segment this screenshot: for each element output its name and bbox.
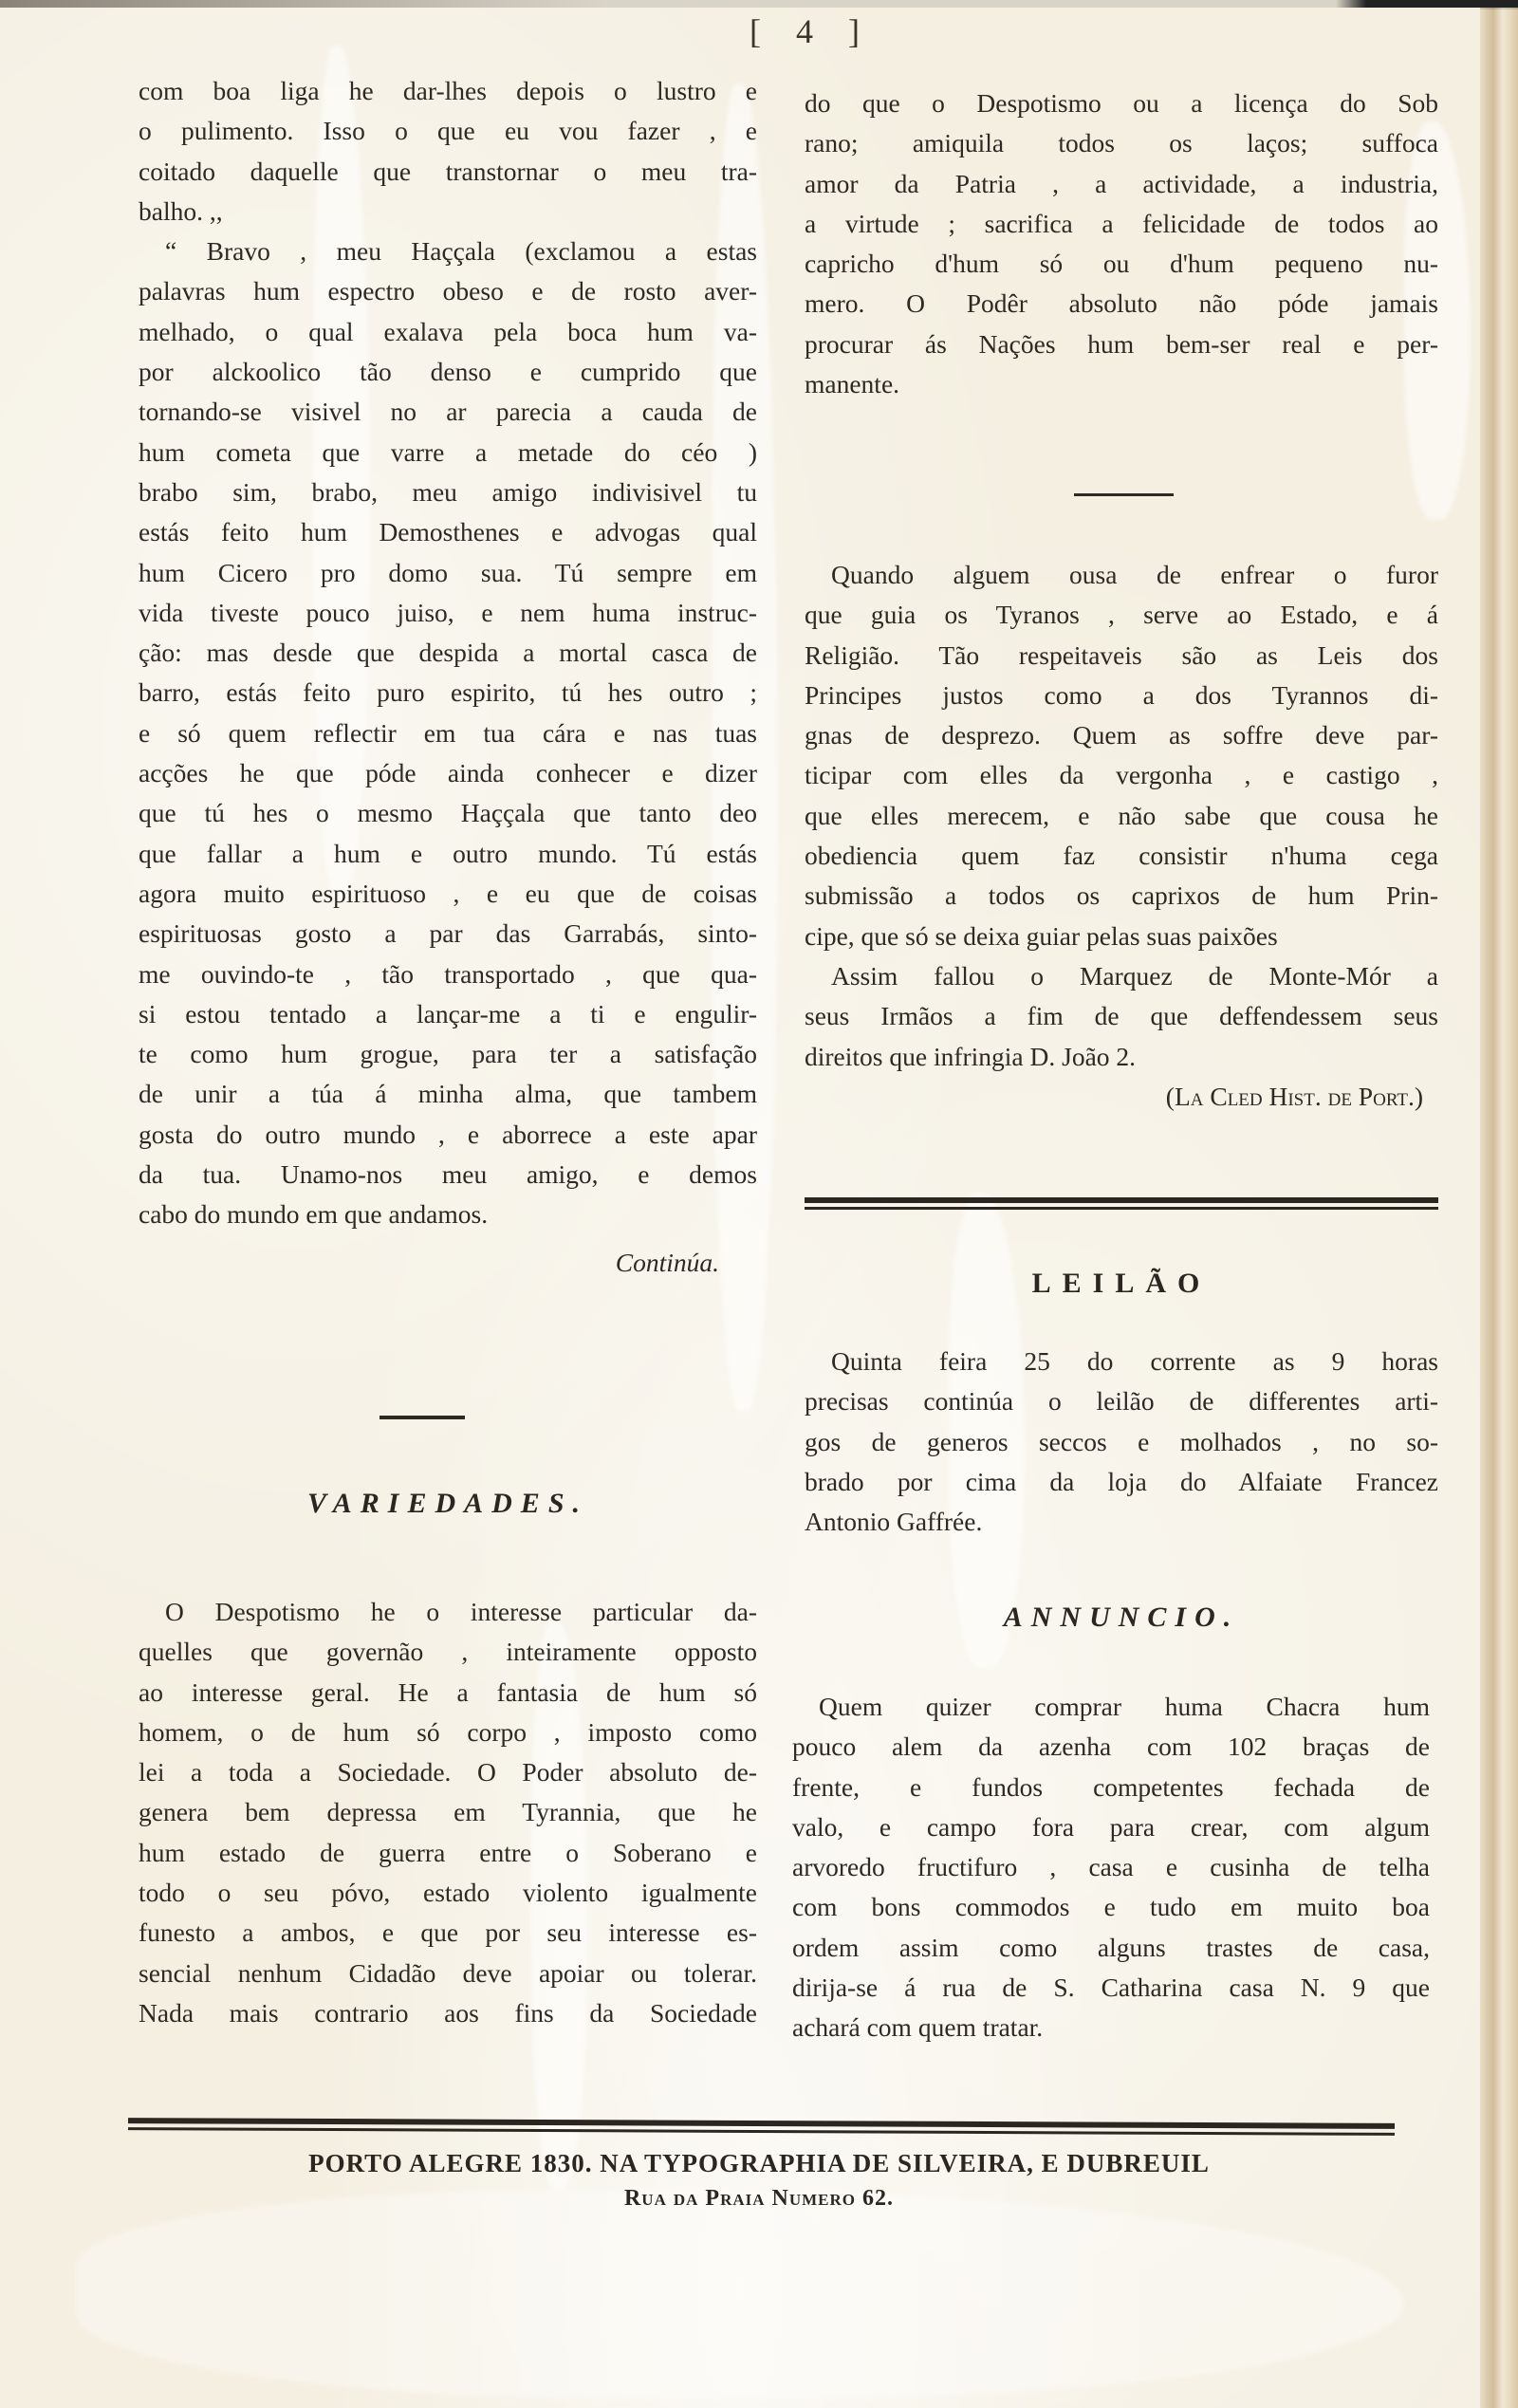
- text-line: dirija-se á rua de S. Catharina casa N. …: [792, 1968, 1430, 2008]
- annuncio-title-block: ANNUNCIO.: [805, 1602, 1438, 1634]
- paper-damage: [76, 2190, 1404, 2399]
- text-line: direitos que infringia D. João 2.: [805, 1037, 1438, 1077]
- text-line: Religião. Tão respeitaveis são as Leis d…: [805, 636, 1438, 676]
- text-line: coitado daquelle que transtornar o meu t…: [139, 152, 757, 192]
- text-line: frente, e fundos competentes fechada de: [792, 1768, 1430, 1807]
- text-line: amor da Patria , a actividade, a industr…: [805, 164, 1438, 204]
- section-divider: [1074, 493, 1174, 496]
- leilao-title-block: LEILÃO: [805, 1268, 1438, 1300]
- text-line: mero. O Podêr absoluto não póde jamais: [805, 284, 1438, 324]
- text-line: submissão a todos os caprixos de hum Pri…: [805, 876, 1438, 916]
- text-line: ao interesse geral. He a fantasia de hum…: [139, 1673, 757, 1713]
- variedades-article: O Despotismo he o interesse particular d…: [139, 1592, 757, 2033]
- text-line: a virtude ; sacrifica a felicidade de to…: [805, 204, 1438, 244]
- text-line: Assim fallou o Marquez de Monte-Mór a: [805, 956, 1438, 996]
- leilao-notice: Quinta feira 25 do corrente as 9 horas p…: [805, 1342, 1438, 1542]
- text-line: ção: mas desde que despida a mortal casc…: [139, 633, 757, 673]
- section-title-leilao: LEILÃO: [805, 1268, 1438, 1300]
- text-line: homem, o de hum só corpo , imposto como: [139, 1713, 757, 1752]
- text-line: ticipar com elles da vergonha , e castig…: [805, 755, 1438, 795]
- text-line: do que o Despotismo ou a licença do Sob: [805, 83, 1438, 123]
- annuncio-notice: Quem quizer comprar huma Chacra hum pouc…: [792, 1687, 1430, 2048]
- text-line: estás feito hum Demosthenes e advogas qu…: [139, 512, 757, 552]
- text-line: hum estado de guerra entre o Soberano e: [139, 1833, 757, 1873]
- text-line: melhado, o qual exalava pela boca hum va…: [139, 312, 757, 352]
- text-line: espirituosas gosto a par das Garrabás, s…: [139, 914, 757, 954]
- text-line: Quinta feira 25 do corrente as 9 horas: [805, 1342, 1438, 1381]
- text-line: brabo sim, brabo, meu amigo indivisivel …: [139, 472, 757, 512]
- text-line: te como hum grogue, para ter a satisfaçã…: [139, 1034, 757, 1074]
- text-line: Quando alguem ousa de enfrear o furor: [805, 555, 1438, 595]
- attribution: (La Cled Hist. de Port.): [805, 1077, 1438, 1117]
- text-line: achará com quem tratar.: [792, 2008, 1430, 2047]
- imprint-address: Rua da Praia Numero 62.: [123, 2186, 1395, 2212]
- text-line: Nada mais contrario aos fins da Sociedad…: [139, 1993, 757, 2033]
- text-line: obediencia quem faz consistir n'huma ceg…: [805, 836, 1438, 876]
- text-line: O Despotismo he o interesse particular d…: [139, 1592, 757, 1632]
- text-line: Antonio Gaffrée.: [805, 1502, 1438, 1542]
- text-line: hum Cicero pro domo sua. Tú sempre em: [139, 553, 757, 593]
- double-rule-divider: [805, 1197, 1438, 1211]
- imprint-line: PORTO ALEGRE 1830. NA TYPOGRAPHIA DE SIL…: [123, 2149, 1395, 2178]
- text-line: cipe, que só se deixa guiar pelas suas p…: [805, 917, 1438, 956]
- text-line: pouco alem da azenha com 102 braças de: [792, 1727, 1430, 1767]
- continued-story: com boa liga he dar-lhes depois o lustro…: [139, 71, 757, 1283]
- text-line: com boa liga he dar-lhes depois o lustro…: [139, 71, 757, 111]
- stained-page-edge: [1480, 8, 1518, 2408]
- text-line: arvoredo fructifuro , casa e cusinha de …: [792, 1847, 1430, 1887]
- text-line: barro, estás feito puro espirito, tú hes…: [139, 673, 757, 713]
- text-line: tornando-se visivel no ar parecia a caud…: [139, 392, 757, 432]
- text-line: me ouvindo-te , tão transportado , que q…: [139, 954, 757, 994]
- section-divider: [379, 1416, 465, 1419]
- text-line: que tú hes o mesmo Haççala que tanto deo: [139, 793, 757, 833]
- text-line: que elles merecem, e não sabe que cousa …: [805, 796, 1438, 836]
- text-line: todo o seu póvo, estado violento igualme…: [139, 1873, 757, 1913]
- text-line: e só quem reflectir em tua cára e nas tu…: [139, 713, 757, 753]
- right-column-top: do que o Despotismo ou a licença do Sob …: [805, 83, 1438, 404]
- page-number: [ 4 ]: [750, 11, 873, 51]
- text-line: sencial nenhum Cidadão deve apoiar ou to…: [139, 1954, 757, 1993]
- text-line: genera bem depressa em Tyrannia, que he: [139, 1792, 757, 1832]
- text-line: agora muito espirituoso , e eu que de co…: [139, 874, 757, 914]
- text-line: brado por cima da loja do Alfaiate Franc…: [805, 1462, 1438, 1502]
- quotation-article: Quando alguem ousa de enfrear o furor qu…: [805, 555, 1438, 1117]
- text-line: com bons commodos e tudo em muito boa: [792, 1887, 1430, 1927]
- section-title-annuncio: ANNUNCIO.: [805, 1602, 1438, 1634]
- imprint-footer: PORTO ALEGRE 1830. NA TYPOGRAPHIA DE SIL…: [123, 2149, 1395, 2212]
- text-line: palavras hum espectro obeso e de rosto a…: [139, 271, 757, 311]
- text-line: que fallar a hum e outro mundo. Tú estás: [139, 834, 757, 874]
- text-line: cabo do mundo em que andamos.: [139, 1195, 757, 1234]
- text-line: que guia os Tyranos , serve ao Estado, e…: [805, 595, 1438, 635]
- text-line: valo, e campo fora para crear, com algum: [792, 1807, 1430, 1847]
- text-line: balho. ,,: [139, 192, 757, 232]
- text-line: funesto a ambos, e que por seu interesse…: [139, 1913, 757, 1953]
- text-line: Quem quizer comprar huma Chacra hum: [792, 1687, 1430, 1727]
- section-title-variedades: VARIEDADES.: [139, 1488, 757, 1520]
- text-line: si estou tentado a lançar-me a ti e engu…: [139, 994, 757, 1034]
- left-column: com boa liga he dar-lhes depois o lustro…: [139, 71, 757, 1283]
- variedades-title-block: VARIEDADES.: [139, 1488, 757, 1520]
- text-line: ordem assim como alguns trastes de casa,: [792, 1928, 1430, 1968]
- text-line: o pulimento. Isso o que eu vou fazer , e: [139, 111, 757, 151]
- text-line: manente.: [805, 364, 1438, 404]
- text-line: vida tiveste pouco juiso, e nem huma ins…: [139, 593, 757, 633]
- text-line: precisas continúa o leilão de differente…: [805, 1381, 1438, 1421]
- text-line: hum cometa que varre a metade do céo ): [139, 433, 757, 472]
- text-line: gosta do outro mundo , e aborrece a este…: [139, 1115, 757, 1155]
- text-line: quelles que governão , inteiramente oppo…: [139, 1632, 757, 1672]
- text-line: lei a toda a Sociedade. O Poder absoluto…: [139, 1752, 757, 1792]
- text-line: por alckoolico tão denso e cumprido que: [139, 352, 757, 392]
- text-line: acções he que póde ainda conhecer e dize…: [139, 753, 757, 793]
- text-line: Principes justos como a dos Tyrannos di-: [805, 676, 1438, 715]
- text-line: de unir a túa á minha alma, que tambem: [139, 1074, 757, 1114]
- text-line: seus Irmãos a fim de que deffendessem se…: [805, 996, 1438, 1036]
- text-line: procurar ás Nações hum bem-ser real e pe…: [805, 324, 1438, 364]
- text-line: capricho d'hum só ou d'hum pequeno nu-: [805, 244, 1438, 284]
- text-line: gnas de desprezo. Quem as soffre deve pa…: [805, 715, 1438, 755]
- text-line: da tua. Unamo-nos meu amigo, e demos: [139, 1155, 757, 1195]
- text-line: rano; amiquila todos os laços; suffoca: [805, 123, 1438, 163]
- text-line: “ Bravo , meu Haççala (exclamou a estas: [139, 232, 757, 271]
- text-line: gos de generos seccos e molhados , no so…: [805, 1422, 1438, 1462]
- continua-label: Continúa.: [139, 1243, 757, 1283]
